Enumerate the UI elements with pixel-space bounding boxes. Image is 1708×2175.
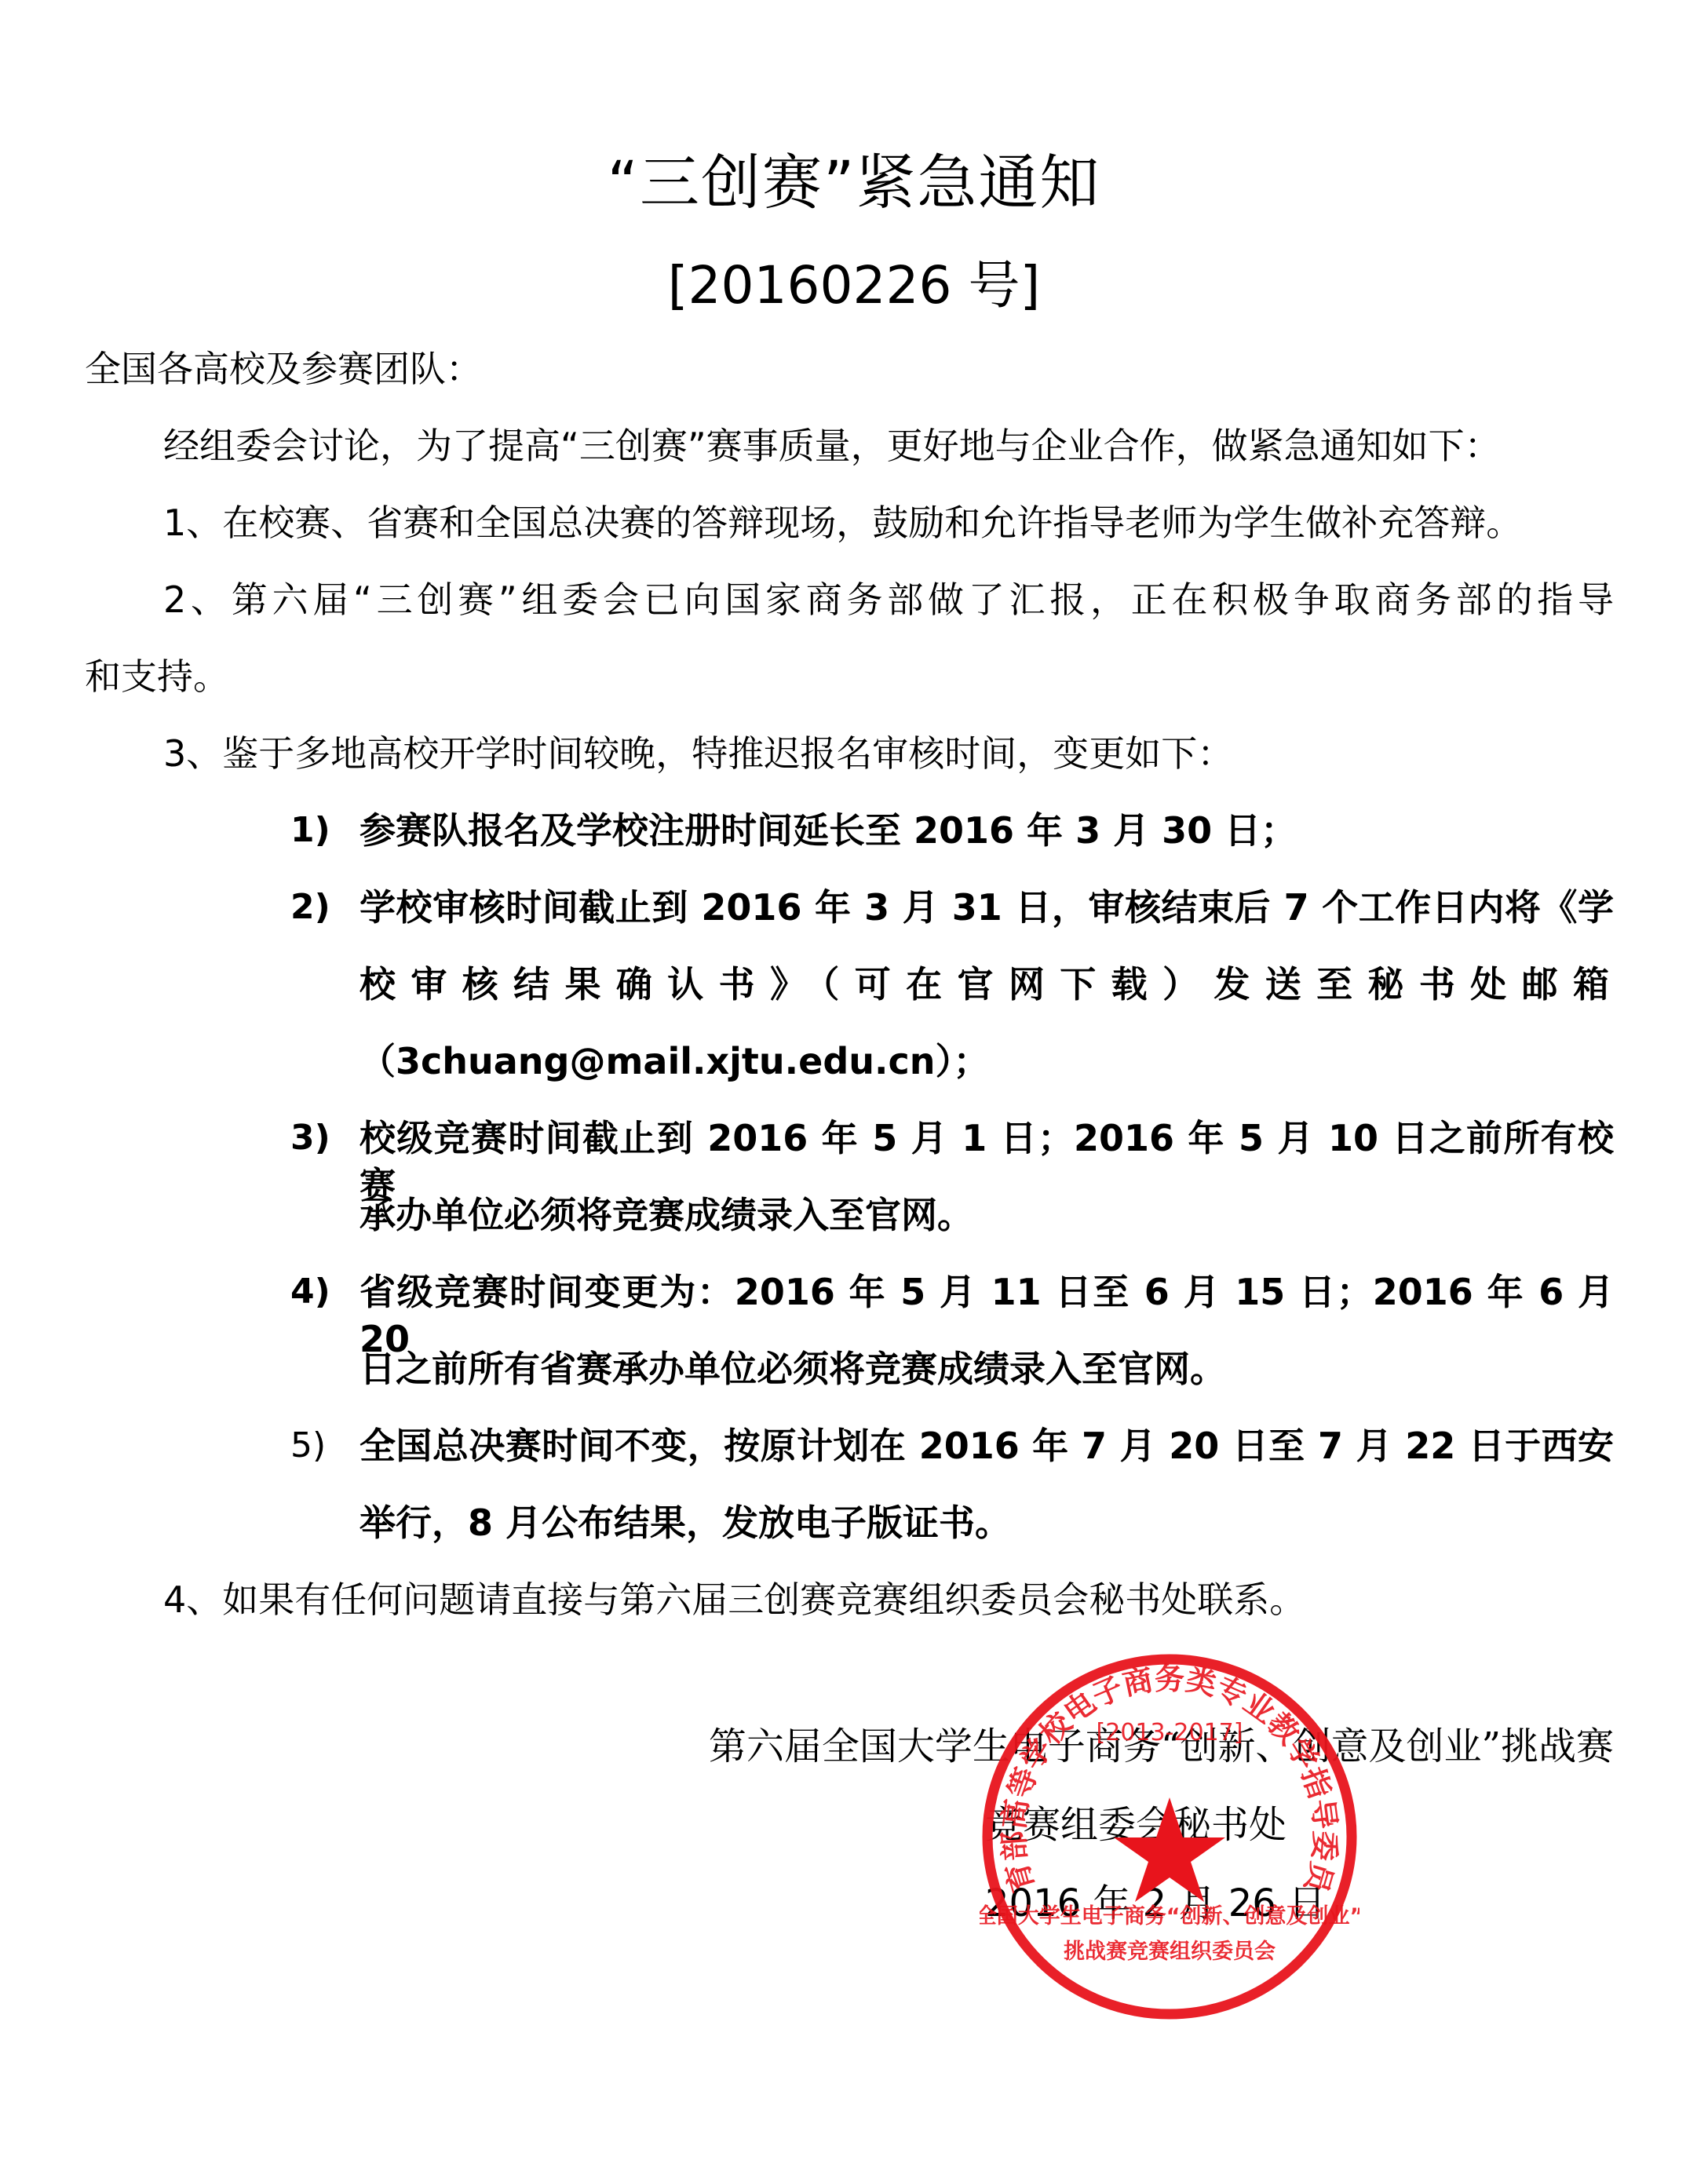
item-text: 第六届“三创赛”组委会已向国家商务部做了汇报，正在积极争取商务部的指导 (232, 578, 1614, 621)
item-label: 1、 (163, 502, 222, 544)
subitem-2-text-line2: 校审核结果确认书》（可在官网下载）发送至秘书处邮箱 (359, 961, 1614, 1008)
subitem-4-text-line2: 日之前所有省赛承办单位必须将竞赛成绩录入至官网。 (359, 1345, 1226, 1392)
item-label: 2、 (163, 578, 232, 621)
item-2: 2、第六届“三创赛”组委会已向国家商务部做了汇报，正在积极争取商务部的指导 (163, 576, 1614, 623)
subitem-4-label: 4) (290, 1268, 330, 1316)
subitem-3-label: 3) (290, 1115, 330, 1162)
email-address[interactable]: （3chuang@mail.xjtu.edu.cn）； (359, 1038, 989, 1085)
subitem-5-text-line2: 举行，8 月公布结果，发放电子版证书。 (359, 1499, 1011, 1546)
subitem-5-text: 全国总决赛时间不变，按原计划在 2016 年 7 月 20 日至 7 月 22 … (359, 1422, 1614, 1469)
item-4: 4、如果有任何问题请直接与第六届三创赛竞赛组织委员会秘书处联系。 (163, 1576, 1305, 1623)
notice-title: “三创赛”紧急通知 (0, 135, 1708, 221)
item-text: 鉴于多地高校开学时间较晚，特推迟报名审核时间，变更如下： (222, 732, 1233, 775)
item-3: 3、鉴于多地高校开学时间较晚，特推迟报名审核时间，变更如下： (163, 730, 1233, 777)
subitem-1-label: 1) (290, 807, 330, 854)
signature-date: 2016 年 2 月 26 日 (985, 1880, 1326, 1927)
subitem-5-label: 5) (290, 1422, 326, 1469)
document-number: [20160226 号] (0, 243, 1708, 318)
subitem-2-label: 2) (290, 884, 330, 931)
item-text: 如果有任何问题请直接与第六届三创赛竞赛组织委员会秘书处联系。 (222, 1578, 1305, 1621)
intro-paragraph: 经组委会讨论，为了提高“三创赛”赛事质量，更好地与企业合作，做紧急通知如下： (163, 422, 1501, 469)
signature-office: 竞赛组委会秘书处 (985, 1801, 1286, 1848)
salutation: 全国各高校及参赛团队： (85, 345, 1262, 392)
item-text: 在校赛、省赛和全国总决赛的答辩现场，鼓励和允许指导老师为学生做补充答辩。 (222, 502, 1522, 544)
seal-bottom-line2: 挑战赛竞赛组织委员会 (1064, 1939, 1276, 1964)
item-1: 1、在校赛、省赛和全国总决赛的答辩现场，鼓励和允许指导老师为学生做补充答辩。 (163, 499, 1522, 546)
subitem-1-text: 参赛队报名及学校注册时间延长至 2016 年 3 月 30 日； (359, 807, 1297, 854)
seal-arc-text: 教育部高等学校电子商务类专业教学指导委员会 (980, 1652, 1343, 1899)
signature-organization: 第六届全国大学生电子商务“创新、创意及创业”挑战赛 (709, 1723, 1614, 1770)
item-label: 4、 (163, 1578, 222, 1621)
item-2-continued: 和支持。 (85, 653, 229, 700)
subitem-2-text: 学校审核时间截止到 2016 年 3 月 31 日，审核结束后 7 个工作日内将… (359, 884, 1614, 931)
item-label: 3、 (163, 732, 222, 775)
svg-text:教育部高等学校电子商务类专业教学指导委员会: 教育部高等学校电子商务类专业教学指导委员会 (980, 1652, 1343, 1899)
subitem-3-text-line2: 承办单位必须将竞赛成绩录入至官网。 (359, 1192, 973, 1239)
